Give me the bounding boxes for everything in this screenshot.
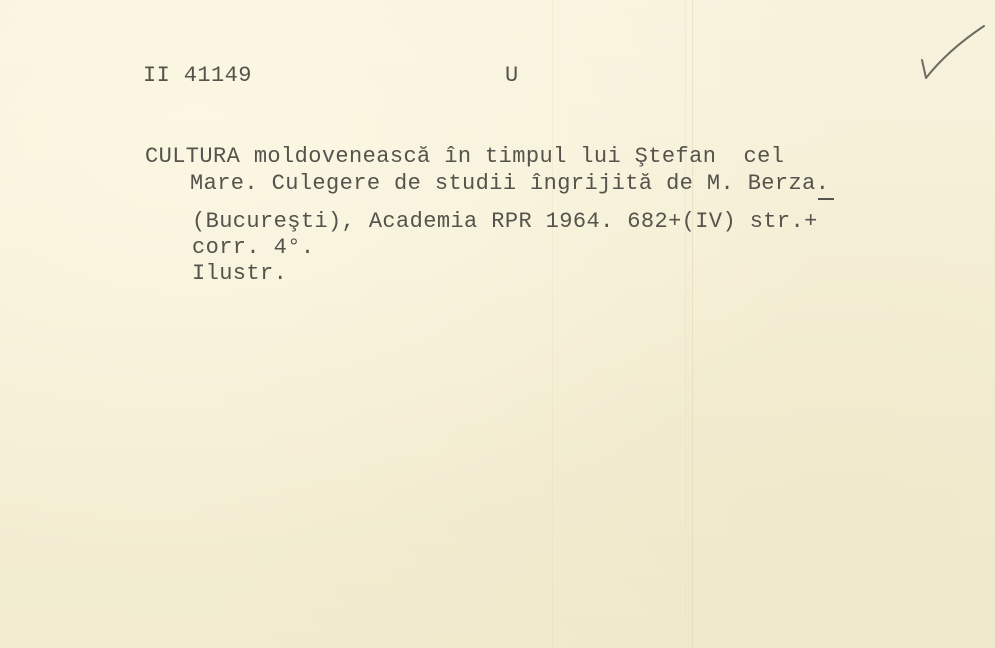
call-number: II 41149 [143,65,252,87]
paper-fiber [692,0,693,648]
editor-underline [818,198,834,200]
location-mark: U [505,65,519,87]
title-line-2: Mare. Culegere de studii îngrijită de M.… [190,173,829,195]
paper-fiber [685,0,686,648]
paper-fiber [552,0,553,648]
imprint-line-1: (Bucureşti), Academia RPR 1964. 682+(IV)… [192,211,818,233]
catalog-card: II 41149 U CULTURA moldovenească în timp… [0,0,995,648]
imprint-line-2: corr. 4°. [192,237,314,259]
imprint-line-3: Ilustr. [192,263,287,285]
title-line-1: CULTURA moldovenească în timpul lui Ştef… [145,146,784,168]
checkmark-icon [918,22,988,82]
